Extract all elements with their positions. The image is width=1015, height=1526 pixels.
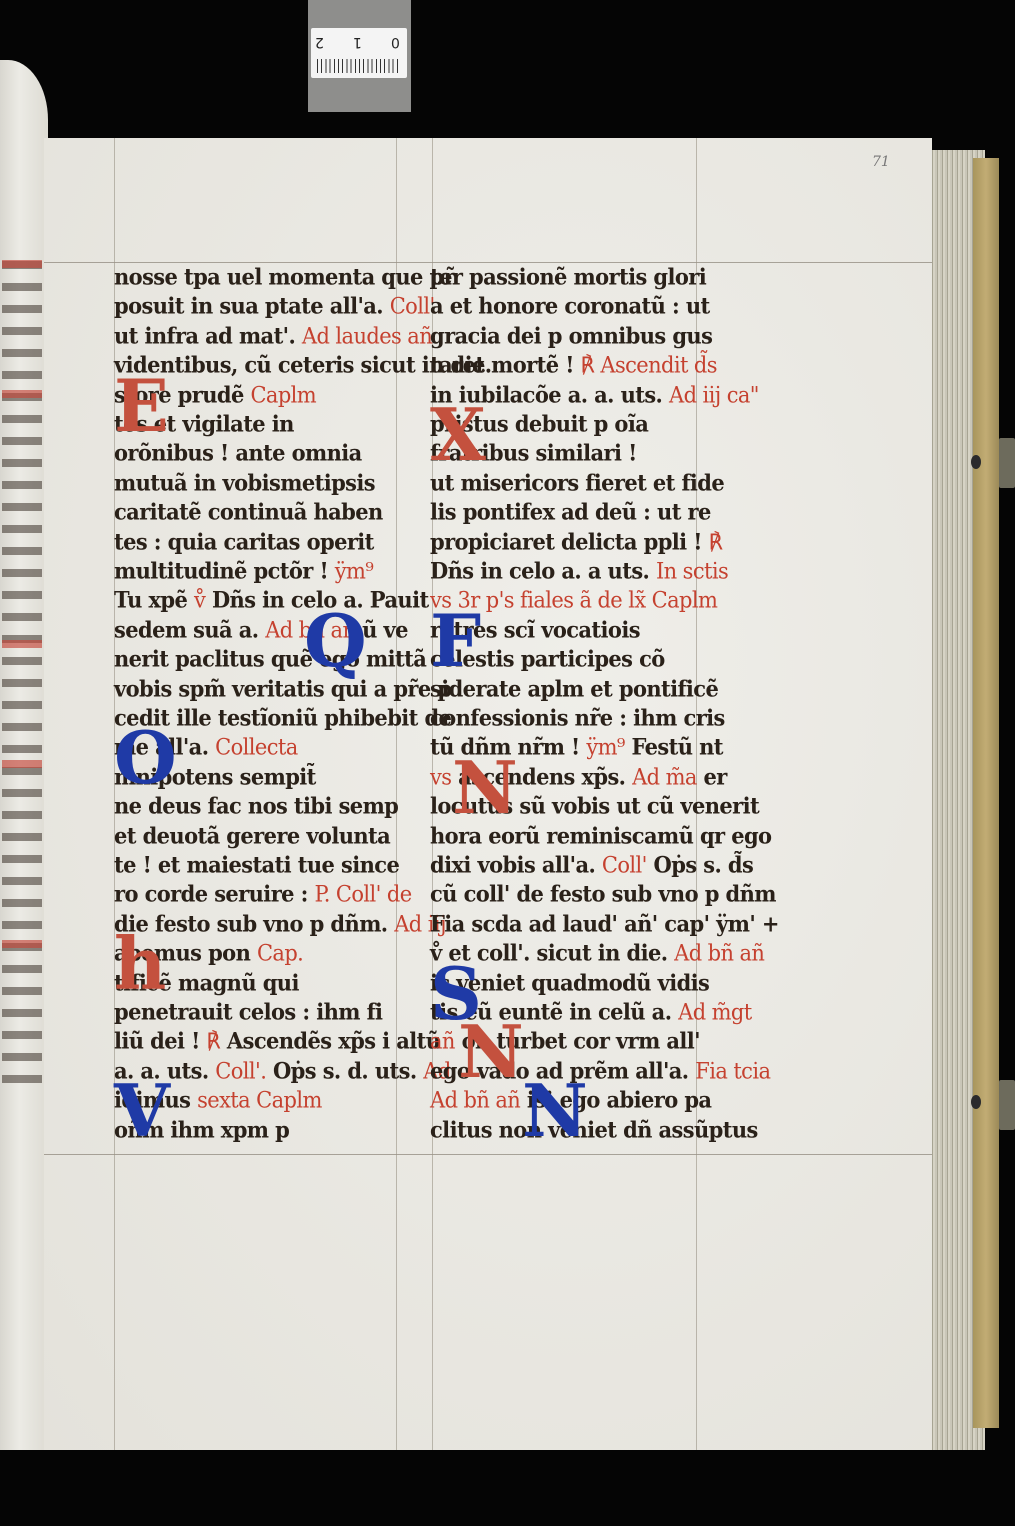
clasp-nail	[971, 455, 981, 469]
facing-page-rubric	[2, 760, 42, 768]
decorated-initial: N	[458, 1016, 524, 1088]
text-line: gracia dei p omnibus gus	[430, 322, 712, 349]
rubric-text: Coll'	[602, 852, 647, 877]
text-line: vobis spm̃ veritatis qui a pr̃e p	[114, 675, 451, 702]
facing-page-rubric	[2, 390, 42, 398]
scale-num-1: 1	[353, 34, 362, 50]
text-segment: dixi vobis all'a.	[430, 851, 602, 877]
text-line: nerit paclitus quẽ ego mittã	[114, 646, 426, 673]
rubric-text: Coll'.	[215, 1058, 266, 1083]
text-segment: confessionis nr̃e : ihm cris	[430, 704, 725, 730]
text-segment: ro corde seruire :	[114, 881, 315, 907]
text-segment: ter passionẽ mortis glori	[430, 263, 706, 289]
decorated-initial: N	[522, 1075, 588, 1147]
text-line: a et honore coronatũ : ut	[430, 293, 710, 320]
text-line: Dñs in celo a. a uts. In sctis	[430, 557, 728, 584]
decorated-initial: N	[452, 752, 518, 824]
text-column-right: ter passionẽ mortis gloria et honore cor…	[430, 262, 700, 1152]
decorated-initial: V	[114, 1075, 170, 1147]
text-line: Fia scda ad laud' añ' cap' ÿm' +	[430, 910, 779, 937]
text-segment: caritatẽ continuã haben	[114, 499, 383, 525]
text-segment: nerit paclitus quẽ ego mittã	[114, 646, 426, 672]
text-segment: sedem suã a.	[114, 616, 265, 642]
rubric-text: Fia tcia	[695, 1058, 770, 1083]
rubric-text: P. Coll' de	[315, 882, 412, 907]
scale-label: 2 1 0	[311, 28, 407, 78]
text-line: mutuã in vobismetipsis	[114, 469, 375, 496]
text-line: liũ dei ! ℟ Ascendẽs xp̃s i altũ	[114, 1028, 440, 1055]
rubric-text: Ad m̃a	[632, 764, 697, 789]
clasp-nail	[971, 1095, 981, 1109]
text-line: posuit in sua ptate all'a. Coll'	[114, 293, 435, 320]
text-line: multitudinẽ pctõr ! ÿm⁹	[114, 557, 373, 584]
rubric-text: Caplm	[250, 382, 316, 407]
rubric-text: v̊	[194, 588, 205, 613]
facing-page-rubric	[2, 260, 42, 268]
text-segment: posuit in sua ptate all'a.	[114, 293, 390, 319]
text-segment: nosse tpa uel momenta que pr̃	[114, 263, 454, 289]
decorated-initial: h	[114, 928, 166, 1000]
text-segment: Oṗs s. d̃s	[647, 851, 753, 877]
binding-board	[973, 158, 999, 1428]
rubric-text: Ad bñ añ	[674, 941, 764, 966]
rubric-text: ÿm⁹	[335, 558, 373, 583]
text-segment: Festũ nt	[625, 734, 723, 760]
facing-page-edge	[0, 60, 48, 1450]
manuscript-page: 71 nosse tpa uel momenta que pr̃posuit i…	[44, 138, 932, 1450]
decorated-initial: X	[430, 399, 486, 471]
text-segment: vobis spm̃ veritatis qui a pr̃e p	[114, 675, 451, 701]
text-line: lis pontifex ad deũ : ut re	[430, 499, 711, 526]
folio-number: 71	[872, 154, 890, 170]
text-segment: liũ dei !	[114, 1028, 206, 1054]
facing-page-rubric	[2, 640, 42, 648]
rubric-text: vs	[430, 764, 451, 789]
text-segment: Oṗs s. d. uts.	[266, 1057, 423, 1083]
decorated-initial: E	[114, 370, 169, 442]
decorated-initial: O	[114, 722, 177, 794]
scale-bar: 2 1 0	[308, 0, 411, 112]
text-segment: Fia scda ad laud' añ' cap' ÿm' +	[430, 910, 779, 936]
text-segment: cũ coll' de festo sub vno p dñm	[430, 881, 776, 907]
decorated-initial: F	[430, 605, 481, 677]
text-line: Tu xpẽ v̊ Dñs in celo a. Pauit	[114, 587, 429, 614]
text-segment: a et honore coronatũ : ut	[430, 293, 710, 319]
facing-page-text	[2, 250, 42, 1090]
rubric-text: Ad laudes añ	[302, 323, 432, 348]
text-segment: lis pontifex ad deũ : ut re	[430, 499, 711, 525]
text-line: taret mortẽ ! ℟ Ascendit d̃s	[430, 352, 717, 379]
scale-ticks	[317, 59, 399, 73]
ruling-bottom	[44, 1154, 932, 1155]
rubric-text: sexta Caplm	[197, 1088, 322, 1113]
scale-num-0: 0	[391, 34, 400, 50]
text-line: propiciaret delicta ppli ! ℟	[430, 528, 722, 555]
scale-num-2: 2	[315, 34, 324, 50]
text-line: confessionis nr̃e : ihm cris	[430, 704, 725, 731]
text-column-left: nosse tpa uel momenta que pr̃posuit in s…	[114, 262, 396, 1152]
text-segment: Ascendẽs xp̃s i altũ	[220, 1028, 440, 1054]
text-segment: er	[697, 763, 727, 789]
text-line: nosse tpa uel momenta que pr̃	[114, 263, 454, 290]
text-segment: propiciaret delicta ppli !	[430, 528, 709, 554]
text-line: cũ coll' de festo sub vno p dñm	[430, 881, 776, 908]
facing-page-rubric	[2, 940, 42, 948]
text-line: ter passionẽ mortis glori	[430, 263, 706, 290]
text-line: clitus non veniet dñ assũptus	[430, 1116, 758, 1143]
clasp	[999, 438, 1015, 488]
text-line: et deuotã gerere volunta	[114, 822, 390, 849]
rubric-text: ℟	[709, 529, 723, 554]
text-segment: et deuotã gerere volunta	[114, 822, 390, 848]
decorated-initial: Q	[304, 605, 367, 677]
text-line: ro corde seruire : P. Coll' de	[114, 881, 412, 908]
text-segment: Dñs in celo a. a uts.	[430, 557, 656, 583]
rubric-text: ÿm⁹	[586, 735, 624, 760]
rubric-text: Cap.	[257, 941, 303, 966]
rubric-text: Ad m̃gt	[678, 999, 751, 1024]
text-segment: Tu xpẽ	[114, 587, 194, 613]
rubric-text: In sctis	[656, 558, 728, 583]
rubric-text: Collecta	[215, 735, 298, 760]
text-segment: gracia dei p omnibus gus	[430, 322, 712, 348]
rubric-text: ℟ Ascendit d̃s	[581, 353, 717, 378]
text-segment: multitudinẽ pctõr !	[114, 557, 335, 583]
text-segment: mutuã in vobismetipsis	[114, 469, 375, 495]
text-segment: te ! et maiestati tue since	[114, 851, 399, 877]
rubric-text: ℟	[206, 1029, 220, 1054]
clasp	[999, 1080, 1015, 1130]
text-segment: clitus non veniet dñ assũptus	[430, 1116, 758, 1142]
text-segment: tes : quia caritas operit	[114, 528, 374, 554]
text-segment: ut infra ad mat'.	[114, 322, 302, 348]
text-line: tes : quia caritas operit	[114, 528, 374, 555]
text-line: te ! et maiestati tue since	[114, 851, 399, 878]
text-line: caritatẽ continuã haben	[114, 499, 383, 526]
rubric-text: Coll'	[390, 294, 435, 319]
rubric-text: Ad iij ca"	[669, 382, 759, 407]
text-segment: taret mortẽ !	[430, 352, 581, 378]
text-line: dixi vobis all'a. Coll' Oṗs s. d̃s	[430, 851, 753, 878]
text-line: ut infra ad mat'. Ad laudes añ	[114, 322, 432, 349]
